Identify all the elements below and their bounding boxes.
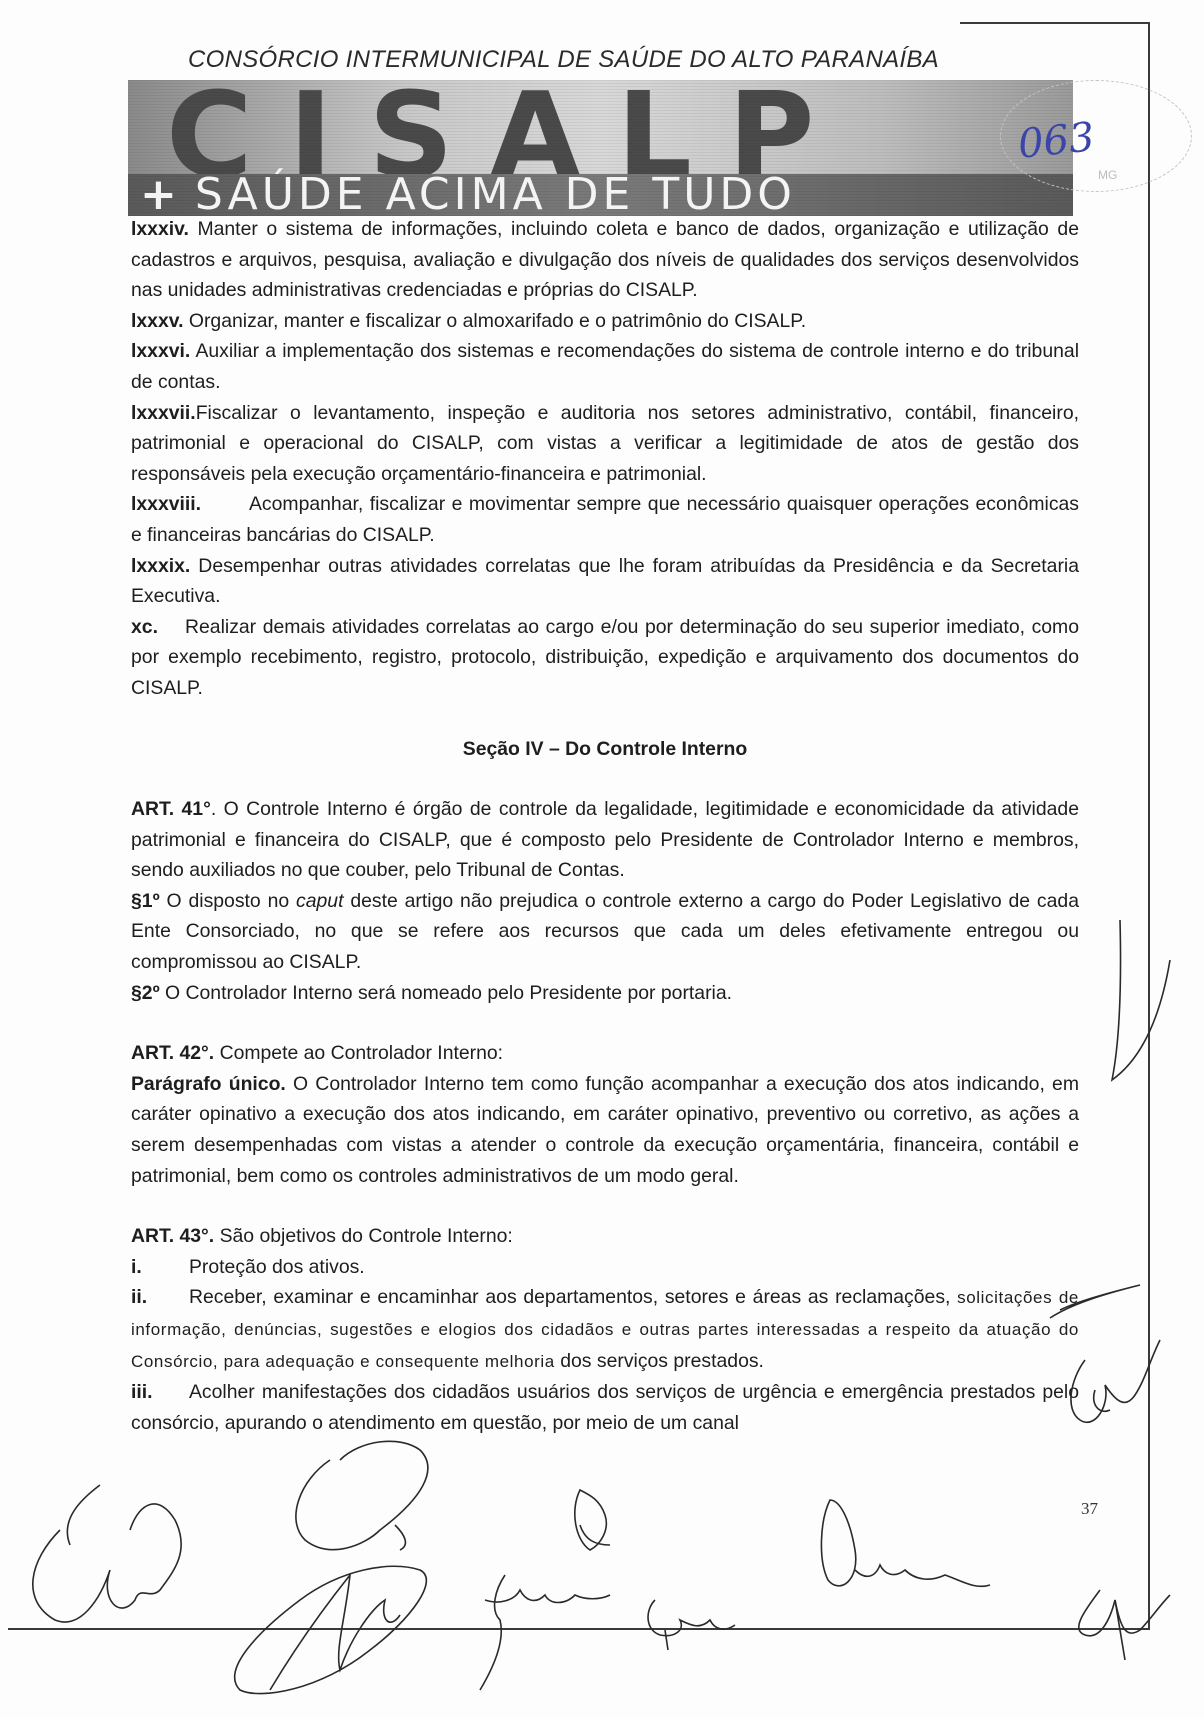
signature-1-icon (33, 1485, 181, 1622)
signature-2-icon (296, 1441, 428, 1550)
signature-5-icon (480, 1575, 610, 1690)
tagline-text: SAÚDE ACIMA DE TUDO (195, 169, 796, 216)
tagline: +SAÚDE ACIMA DE TUDO (140, 169, 796, 216)
plus-icon: + (140, 169, 181, 216)
margin-mark-icon (1112, 920, 1170, 1080)
signature-8-icon (1071, 1340, 1160, 1422)
signature-4-icon (575, 1490, 610, 1550)
signature-6-icon (648, 1600, 735, 1650)
signature-7-icon (821, 1500, 990, 1586)
signature-10-icon (1050, 1285, 1140, 1318)
signature-9-icon (1079, 1590, 1170, 1660)
signature-3-icon (235, 1566, 427, 1693)
